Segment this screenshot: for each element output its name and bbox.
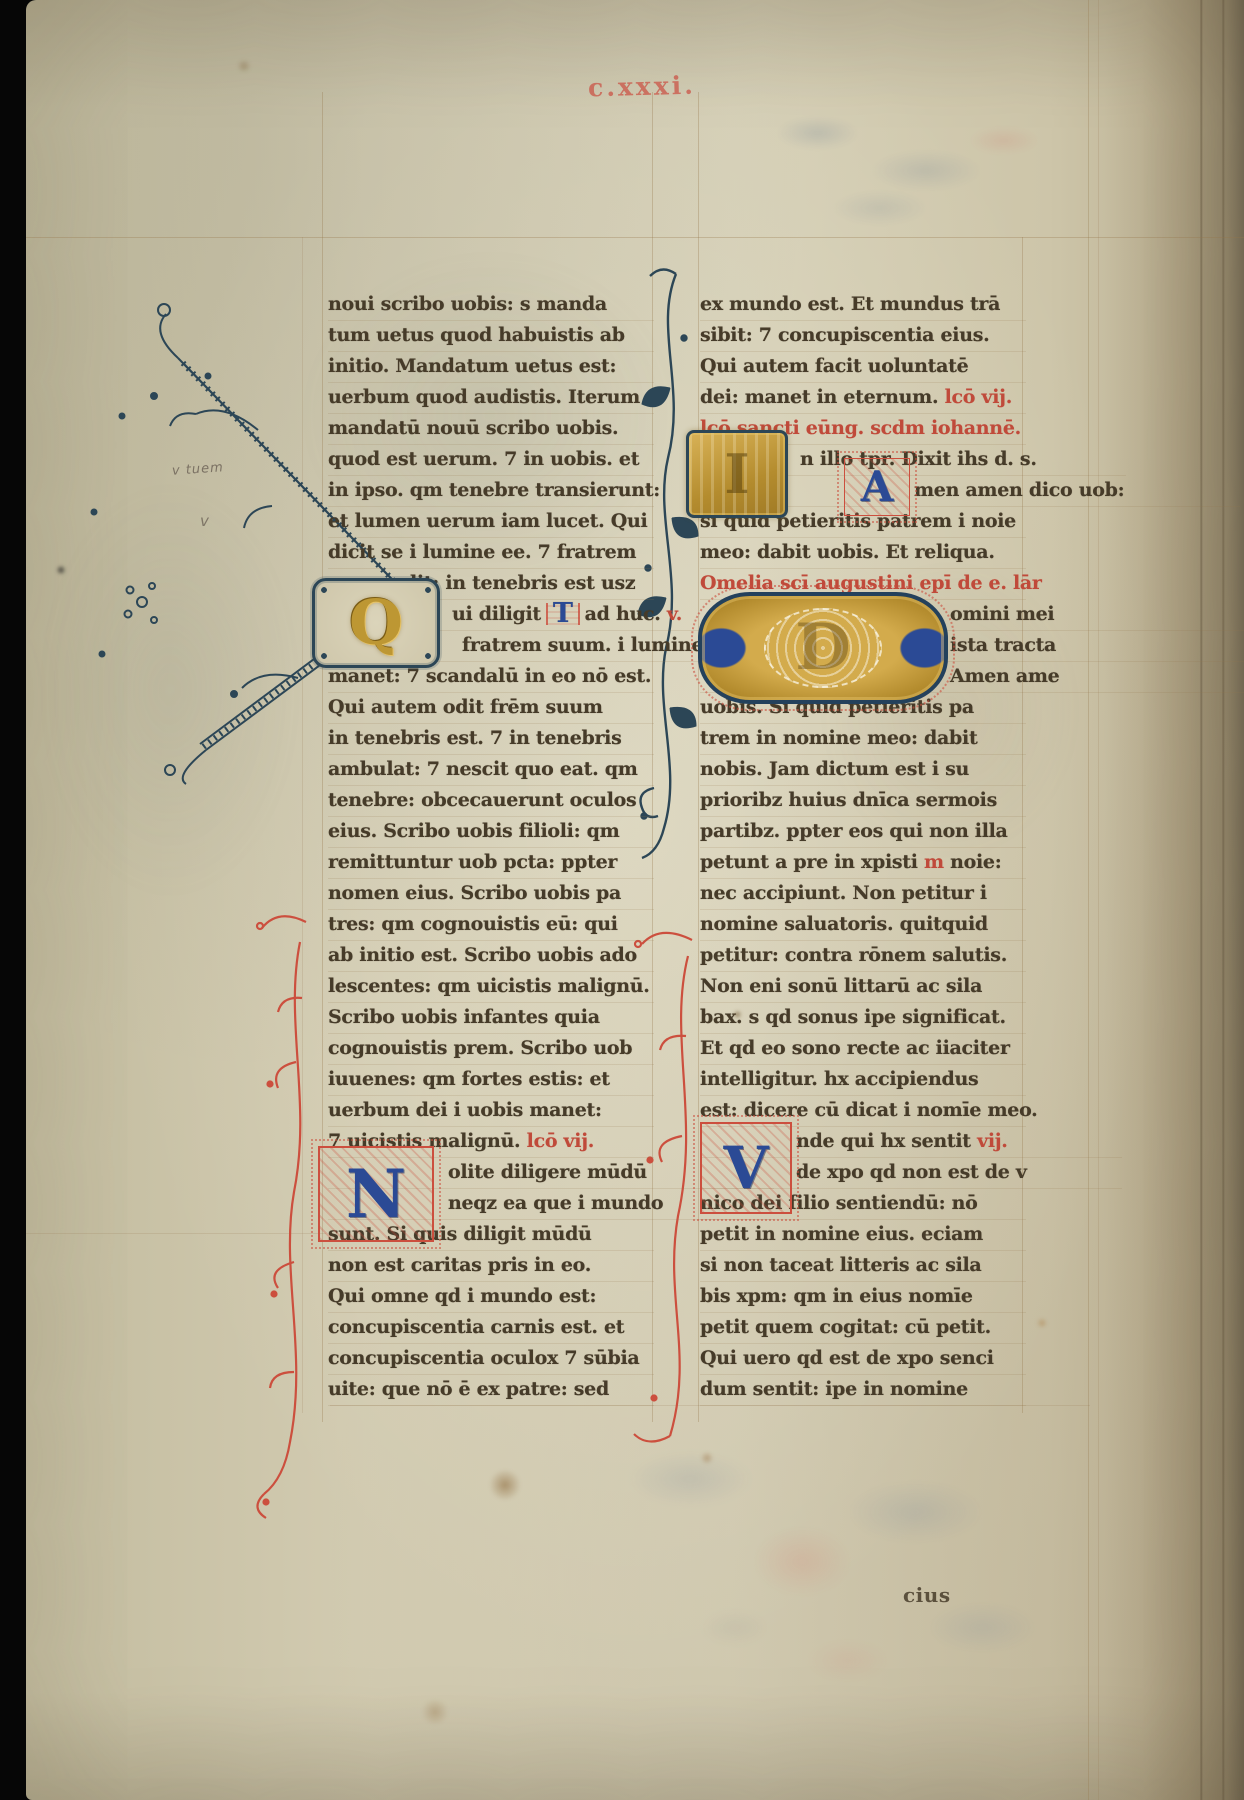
text-line: in ipso. qm tenebre transierunt: xyxy=(328,476,654,507)
text-run: noui scribo uobis: s manda xyxy=(328,293,607,315)
text-line: concupiscentia oculox 7 sūbia xyxy=(328,1344,654,1375)
text-line: uerbum quod audistis. Iterum xyxy=(328,383,654,414)
text-run: dum sentit: ipe in nomine xyxy=(700,1378,968,1400)
text-line: lescentes: qm uicistis malignū. xyxy=(328,972,654,1003)
text-run: in tenebris est. 7 in tenebris xyxy=(328,727,622,749)
text-run: v. xyxy=(667,603,682,625)
stain xyxy=(56,565,66,575)
text-run: trem in nomine meo: dabit xyxy=(700,727,977,749)
text-run: noie: xyxy=(944,851,1002,873)
text-run: lcō vij. xyxy=(527,1130,594,1152)
text-run: Amen ame xyxy=(950,665,1059,687)
text-run: fratrem suum. i lumine xyxy=(462,634,703,656)
text-line: si non taceat litteris ac sila xyxy=(700,1251,1026,1282)
text-line: Qui uero qd est de xpo senci xyxy=(700,1344,1026,1375)
initial-q-letter: Q xyxy=(349,592,403,654)
text-run: manet: 7 scandalū in eo nō est. xyxy=(328,665,651,687)
text-run: eius. Scribo uobis filioli: qm xyxy=(328,820,619,842)
text-run: initio. Mandatum uetus est: xyxy=(328,355,616,377)
text-run: ex mundo est. Et mundus trā xyxy=(700,293,1000,315)
text-line: ambulat: 7 nescit quo eat. qm xyxy=(328,755,654,786)
text-run: petunt a pre in xpisti xyxy=(700,851,924,873)
text-run: Omelia scī augustini epī de e. lār xyxy=(700,572,1042,594)
text-line: prioribz huius dnīca sermois xyxy=(700,786,1026,817)
text-line: Scribo uobis infantes quia xyxy=(328,1003,654,1034)
text-run: uerbum dei i uobis manet: xyxy=(328,1099,602,1121)
manuscript-photo: { "page": { "folio_mark": "c.xxxi.", "ma… xyxy=(0,0,1244,1800)
text-run: partibz. ppter eos qui non illa xyxy=(700,820,1008,842)
text-line: Qui autem facit uoluntatē xyxy=(700,352,1026,383)
initial-a-letter: A xyxy=(861,466,894,508)
text-line: initio. Mandatum uetus est: xyxy=(328,352,654,383)
text-run: petitur: contra rōnem salutis. xyxy=(700,944,1007,966)
text-run: Et qd eo sono recte ac iiaciter xyxy=(700,1037,1010,1059)
initial-d-letter: D xyxy=(795,616,851,680)
text-run: omini mei xyxy=(950,603,1054,625)
initial-i-gold: I xyxy=(686,430,788,518)
text-run: nomen eius. Scribo uobis pa xyxy=(328,882,621,904)
initial-v-blue: V xyxy=(700,1122,792,1214)
text-line: uite: que nō ē ex patre: sed xyxy=(328,1375,654,1406)
text-run: concupiscentia oculox 7 sūbia xyxy=(328,1347,639,1369)
text-run: sibit: 7 concupiscentia eius. xyxy=(700,324,989,346)
text-run: dicit se i lumine ee. 7 fratrem xyxy=(328,541,636,563)
catchword: cius xyxy=(903,1583,951,1607)
text-run: nobis. Jam dictum est i su xyxy=(700,758,969,780)
text-run: nec accipiunt. Non petitur i xyxy=(700,882,987,904)
text-run: ad huc. xyxy=(585,603,667,625)
text-line: noui scribo uobis: s manda xyxy=(328,290,654,321)
text-run: iuuenes: qm fortes estis: et xyxy=(328,1068,610,1090)
text-run: prioribz huius dnīca sermois xyxy=(700,789,997,811)
text-line: nobis. Jam dictum est i su xyxy=(700,755,1026,786)
text-run: Qui autem odit frēm suum xyxy=(328,696,603,718)
text-line: et lumen uerum iam lucet. Qui xyxy=(328,507,654,538)
text-line: eius. Scribo uobis filioli: qm xyxy=(328,817,654,848)
text-run: nomine saluatoris. quitquid xyxy=(700,913,988,935)
text-run: petit quem cogitat: cū petit. xyxy=(700,1316,991,1338)
text-run: in ipso. qm tenebre transierunt: xyxy=(328,479,660,501)
text-line: petit in nomine eius. eciam xyxy=(700,1220,1026,1251)
initial-v-letter: V xyxy=(723,1139,768,1197)
text-run: bax. s qd sonus ipe significat. xyxy=(700,1006,1006,1028)
initial-n-letter: N xyxy=(346,1161,406,1227)
text-run: Scribo uobis infantes quia xyxy=(328,1006,600,1028)
ruling-line-vertical-margin xyxy=(1088,0,1089,1800)
text-line: bax. s qd sonus ipe significat. xyxy=(700,1003,1026,1034)
text-run: non est caritas pris in eo. xyxy=(328,1254,591,1276)
text-line: mandatū nouū scribo uobis. xyxy=(328,414,654,445)
text-line: ex mundo est. Et mundus trā xyxy=(700,290,1026,321)
text-run: bis xpm: qm in eius nomīe xyxy=(700,1285,973,1307)
text-run: cognouistis prem. Scribo uob xyxy=(328,1037,632,1059)
text-line: tum uetus quod habuistis ab xyxy=(328,321,654,352)
text-line: remittuntur uob pcta: ppter xyxy=(328,848,654,879)
text-run: olite diligere mūdū xyxy=(448,1161,647,1183)
text-run: quod est uerum. 7 in uobis. et xyxy=(328,448,639,470)
text-run: tenebre: obcecauerunt oculos xyxy=(328,789,636,811)
showthrough-foliage-top xyxy=(740,88,1050,238)
text-line: trem in nomine meo: dabit xyxy=(700,724,1026,755)
text-run: remittuntur uob pcta: ppter xyxy=(328,851,617,873)
text-run: tum uetus quod habuistis ab xyxy=(328,324,625,346)
text-run: ab initio est. Scribo uobis ado xyxy=(328,944,637,966)
stain xyxy=(488,1470,522,1500)
stain xyxy=(700,1452,714,1464)
initial-i-letter: I xyxy=(724,447,749,501)
text-line: dicit se i lumine ee. 7 fratrem xyxy=(328,538,654,569)
text-run: meo: dabit uobis. Et reliqua. xyxy=(700,541,995,563)
text-line: petunt a pre in xpisti m noie: xyxy=(700,848,1026,879)
text-line: uerbum dei i uobis manet: xyxy=(328,1096,654,1127)
text-run: nde qui hx sentit xyxy=(796,1130,977,1152)
text-run: Qui omne qd i mundo est: xyxy=(328,1285,596,1307)
text-run: ambulat: 7 nescit quo eat. qm xyxy=(328,758,638,780)
text-line: sibit: 7 concupiscentia eius. xyxy=(700,321,1026,352)
text-line: Et qd eo sono recte ac iiaciter xyxy=(700,1034,1026,1065)
text-line: petit quem cogitat: cū petit. xyxy=(700,1313,1026,1344)
text-run: et lumen uerum iam lucet. Qui xyxy=(328,510,647,532)
stain xyxy=(420,1700,450,1724)
text-run: petit in nomine eius. eciam xyxy=(700,1223,983,1245)
text-run: vij. xyxy=(977,1130,1008,1152)
text-line: Qui omne qd i mundo est: xyxy=(328,1282,654,1313)
stain xyxy=(733,1010,742,1019)
text-run: Non eni sonū littarū ac sila xyxy=(700,975,982,997)
text-line: dei: manet in eternum. lcō vij. xyxy=(700,383,1026,414)
text-line: Non eni sonū littarū ac sila xyxy=(700,972,1026,1003)
text-run: men amen dico uob: xyxy=(914,479,1124,501)
text-line: petitur: contra rōnem salutis. xyxy=(700,941,1026,972)
text-run: mandatū nouū scribo uobis. xyxy=(328,417,618,439)
text-line: partibz. ppter eos qui non illa xyxy=(700,817,1026,848)
text-run: neqz ea que i mundo xyxy=(448,1192,663,1214)
text-run: uerbum quod audistis. Iterum xyxy=(328,386,640,408)
text-run: lcō vij. xyxy=(945,386,1012,408)
text-run: T xyxy=(546,603,580,625)
text-run: ui diligit xyxy=(452,603,541,625)
text-run: lescentes: qm uicistis malignū. xyxy=(328,975,650,997)
text-run: m xyxy=(924,851,944,873)
text-line: nomen eius. Scribo uobis pa xyxy=(328,879,654,910)
text-run: intelligitur. hx accipiendus xyxy=(700,1068,978,1090)
text-line: nec accipiunt. Non petitur i xyxy=(700,879,1026,910)
text-line: iuuenes: qm fortes estis: et xyxy=(328,1065,654,1096)
text-line: dum sentit: ipe in nomine xyxy=(700,1375,1026,1406)
text-run: Qui autem facit uoluntatē xyxy=(700,355,968,377)
initial-q-gold: Q xyxy=(312,578,440,668)
text-run: Qui uero qd est de xpo senci xyxy=(700,1347,994,1369)
text-run: tres: qm cognouistis eū: qui xyxy=(328,913,618,935)
text-run: de xpo qd non est de v xyxy=(796,1161,1027,1183)
text-line: cognouistis prem. Scribo uob xyxy=(328,1034,654,1065)
folio-mark: c.xxxi. xyxy=(588,71,697,103)
text-run: n illo tpr. Dixit ihs d. s. xyxy=(800,448,1037,470)
text-run: si non taceat litteris ac sila xyxy=(700,1254,981,1276)
text-run: est: dicere cū dicat i nomīe meo. xyxy=(700,1099,1037,1121)
stain xyxy=(1036,1318,1048,1328)
ruling-line-horizontal-top xyxy=(26,237,1244,238)
text-line: bis xpm: qm in eius nomīe xyxy=(700,1282,1026,1313)
text-run: uite: que nō ē ex patre: sed xyxy=(328,1378,609,1400)
text-run: ista tracta xyxy=(950,634,1056,656)
text-line: quod est uerum. 7 in uobis. et xyxy=(328,445,654,476)
text-line: tenebre: obcecauerunt oculos xyxy=(328,786,654,817)
text-line: ab initio est. Scribo uobis ado xyxy=(328,941,654,972)
text-run: dei: manet in eternum. xyxy=(700,386,945,408)
text-line: Qui autem odit frēm suum xyxy=(328,693,654,724)
ruling-line-vertical-margin xyxy=(1098,0,1099,1800)
text-line: tres: qm cognouistis eū: qui xyxy=(328,910,654,941)
text-line: intelligitur. hx accipiendus xyxy=(700,1065,1026,1096)
text-line: meo: dabit uobis. Et reliqua. xyxy=(700,538,1026,569)
text-run: concupiscentia carnis est. et xyxy=(328,1316,624,1338)
text-line: nomine saluatoris. quitquid xyxy=(700,910,1026,941)
text-line: in tenebris est. 7 in tenebris xyxy=(328,724,654,755)
text-line: concupiscentia carnis est. et xyxy=(328,1313,654,1344)
initial-d-gold: D xyxy=(698,592,948,704)
text-line: non est caritas pris in eo. xyxy=(328,1251,654,1282)
marginal-mark: v xyxy=(200,512,209,530)
initial-a-blue: A xyxy=(844,458,910,516)
stain xyxy=(236,60,252,72)
book-fore-edge xyxy=(1104,0,1244,1800)
initial-n-blue: N xyxy=(318,1146,434,1242)
